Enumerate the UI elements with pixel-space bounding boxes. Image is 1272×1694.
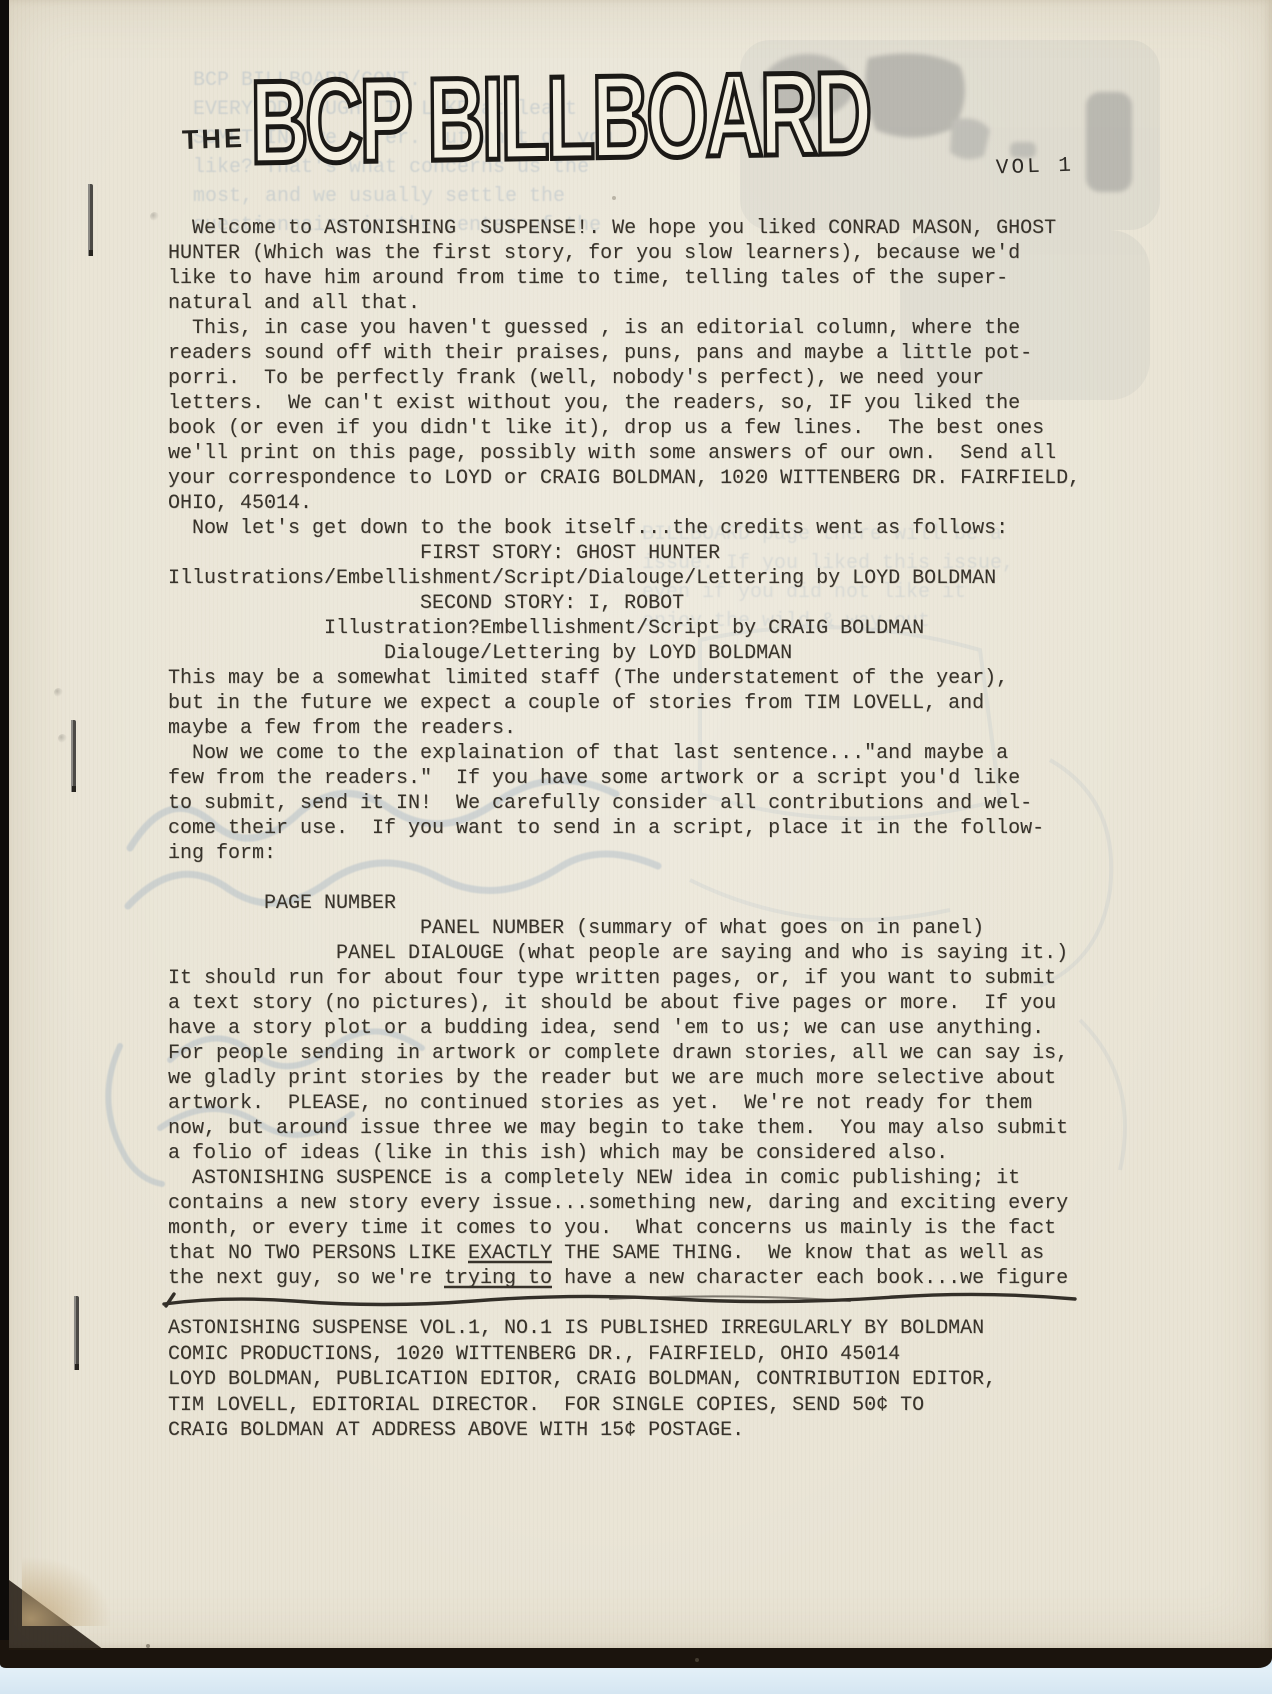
masthead-prefix: THE bbox=[181, 123, 245, 156]
staple bbox=[88, 184, 93, 256]
typed-body-text: Welcome to ASTONISHING SUSPENSE!. We hop… bbox=[168, 216, 1080, 1291]
page-title: BCP BILLBOARD bbox=[250, 54, 869, 182]
staple bbox=[74, 1296, 79, 1370]
colophon-text: ASTONISHING SUSPENSE VOL.1, NO.1 IS PUBL… bbox=[168, 1316, 996, 1444]
divider-line bbox=[164, 1294, 1075, 1306]
volume-label: VOL 1 bbox=[996, 155, 1075, 181]
staple bbox=[71, 720, 76, 792]
scanned-fanzine-page: { "document": { "masthead": { "prefix": … bbox=[0, 0, 1272, 1694]
